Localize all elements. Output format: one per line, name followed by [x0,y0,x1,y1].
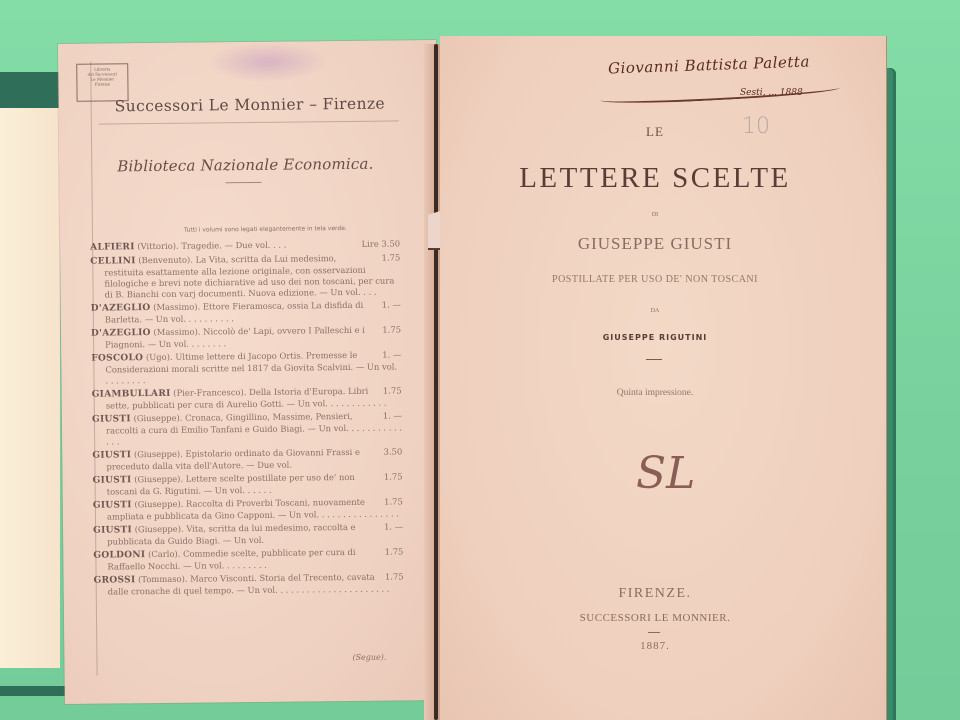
author-name: (Giuseppe). [134,449,183,460]
price: 1. — [382,349,401,360]
edition: Quinta impressione. [440,388,870,398]
price: Lire 3.50 [362,238,401,249]
catalog-entry: 1. —D'AZEGLIO (Massimo). Ettore Fieramos… [91,299,401,325]
catalog-entry: 1. —GIUSTI (Giuseppe). Vita, scritta da … [93,521,403,547]
price: 3.50 [384,446,403,457]
author-name: (Giuseppe). [134,499,183,510]
catalog-entry: Lire 3.50ALFIERI (Vittorio). Tragedie. —… [90,238,400,253]
book-subtitle: POSTILLATE PER USO DE' NON TOSCANI [440,274,870,285]
catalog-entry: 1.75D'AZEGLIO (Massimo). Niccolò de' Lap… [91,324,401,350]
book-title: LETTERE SCELTE [440,162,870,195]
title-di: DI [440,212,870,218]
owner-signature: Giovanni Battista Paletta [608,52,810,77]
book-author: GIUSEPPE GIUSTI [440,234,870,254]
title-page: Giovanni Battista Paletta Sesti, ... 188… [440,36,886,720]
signature-flourish [600,82,840,107]
author: CELLINI [90,256,136,266]
publisher-line: Successori Le Monnier – Firenze [115,95,386,116]
catalog-entry: 1.75GIUSTI (Giuseppe). Lettere scelte po… [93,471,403,497]
book-cover-board-left [0,72,62,110]
price: 1.75 [384,496,403,507]
ink-stain [208,41,328,82]
price: 1. — [383,410,402,421]
price: 1.75 [385,546,404,557]
catalog-entry: 1.75CELLINI (Benvenuto). La Vita, scritt… [90,252,400,300]
author-name: (Giuseppe). [133,413,182,424]
author-name: (Tommaso). [138,574,187,585]
catalog-entry: 1.75GIUSTI (Giuseppe). Raccolta di Prove… [93,496,403,522]
catalog-entry: 1.75GROSSI (Tommaso). Marco Visconti. St… [94,571,404,597]
author-name: (Benvenuto). [138,255,193,266]
author-name: (Vittorio). [137,241,178,251]
price: 1.75 [382,252,401,263]
author-name: (Giuseppe). [134,474,183,485]
series-title: Biblioteca Nazionale Economica. [117,155,374,176]
divider [646,359,662,360]
author: GIAMBULLARI [92,389,171,400]
entry-text: Tragedie. — Due vol. . . . [181,240,286,251]
publisher-monogram-icon: SL [636,448,676,500]
author-name: (Giuseppe). [135,524,184,535]
author-name: (Massimo). [153,327,200,337]
author: D'AZEGLIO [91,303,151,314]
price: 1.75 [384,471,403,482]
imprint-publisher: SUCCESSORI LE MONNIER. [440,612,870,624]
flyleaf [0,108,60,668]
author: GIUSTI [93,500,132,510]
author-name: (Carlo). [148,549,180,559]
author: GIUSTI [92,414,131,424]
author: GIUSTI [93,475,132,485]
catalog-entry: 1. —GIUSTI (Giuseppe). Cronaca, Gingilli… [92,410,402,447]
catalog-entry: 1.75GOLDONI (Carlo). Commedie scelte, pu… [93,546,403,572]
author: D'AZEGLIO [91,328,151,339]
continued-note: (Segue). [352,653,386,662]
book-editor: GIUSEPPE RIGUTINI [440,333,870,342]
author: GIUSTI [93,525,132,535]
price: 1.75 [382,324,401,335]
signature-date: Sesti, ... 1888 [740,88,803,98]
catalog-entry: 1.75GIAMBULLARI (Pier-Francesco). Della … [92,385,402,411]
stamp-line: Firenze [77,81,127,87]
bookseller-stamp: Libreria dei Successori Le Monnier Firen… [76,63,128,102]
author: GOLDONI [93,550,145,561]
price: 1.75 [385,571,404,582]
author: GROSSI [94,575,136,585]
author-name: (Pier-Francesco). [173,387,246,398]
catalog-list: Lire 3.50ALFIERI (Vittorio). Tragedie. —… [90,238,404,599]
author: GIUSTI [92,450,131,460]
spine-crease [434,44,438,720]
title-article: LE [440,124,870,140]
catalog-entry: 3.50GIUSTI (Giuseppe). Epistolario ordin… [92,446,402,472]
title-da: DA [440,308,870,314]
author-name: (Massimo). [153,302,200,312]
author: FOSCOLO [91,353,143,364]
price: 1. — [382,299,401,310]
price: 1.75 [383,385,402,396]
catalog-entry: 1. —FOSCOLO (Ugo). Ultime lettere di Jac… [91,349,401,386]
author-name: (Ugo). [146,352,173,362]
left-page-advertisement: Libreria dei Successori Le Monnier Firen… [58,40,443,704]
imprint-city: FIRENZE. [440,586,870,602]
price: 1. — [384,521,403,532]
divider [648,632,660,633]
author: ALFIERI [90,242,135,252]
imprint-year: 1887. [440,640,870,652]
